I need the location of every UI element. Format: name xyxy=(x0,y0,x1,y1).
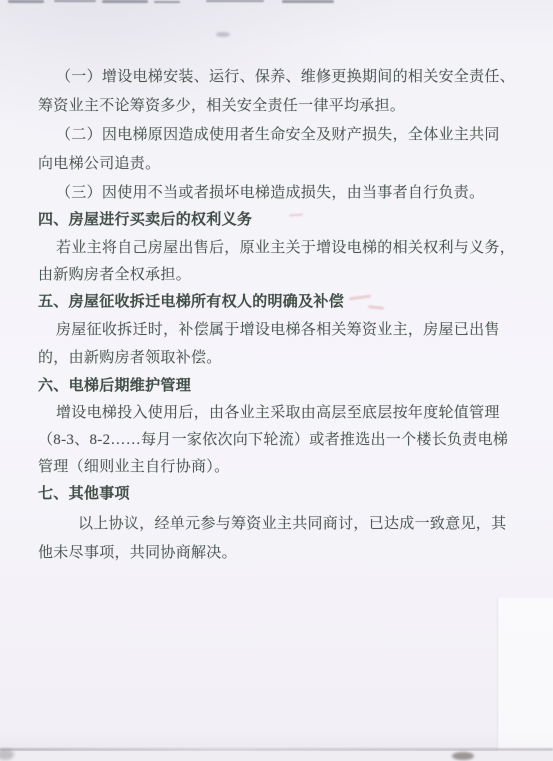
text-line: （三）因使用不当或者损坏电梯造成损失，由当事者自行负责。 xyxy=(56,184,484,203)
section-heading: 六、电梯后期维护管理 xyxy=(38,377,191,396)
text-line: （8-3、8-2……每月一家依次向下轮流）或者推选出一个楼长负责电梯 xyxy=(38,431,508,450)
text-line: 筹资业主不论筹资多少，相关安全责任一律平均承担。 xyxy=(38,97,405,116)
text-line: 增设电梯投入使用后，由各业主采取由高层至底层按年度轮值管理 xyxy=(56,404,500,423)
text-line: （一）增设电梯安装、运行、保养、维修更换期间的相关安全责任、 xyxy=(56,68,515,87)
text-line: 由新购房者全权承担。 xyxy=(38,266,191,285)
text-line: 管理（细则业主自行协商）。 xyxy=(38,458,229,477)
section-heading: 五、房屋征收拆迁电梯所有权人的明确及补偿 xyxy=(38,293,344,312)
text-line: （二）因电梯原因造成使用者生命安全及财产损失，全体业主共同 xyxy=(56,126,500,145)
section-heading: 七、其他事项 xyxy=(38,485,130,504)
text-line: 若业主将自己房屋出售后，原业主关于增设电梯的相关权利与义务， xyxy=(56,239,515,258)
section-heading: 四、房屋进行买卖后的权利义务 xyxy=(38,211,252,230)
document-text: （一）增设电梯安装、运行、保养、维修更换期间的相关安全责任、筹资业主不论筹资多少… xyxy=(0,0,553,761)
text-line: 他未尽事项，共同协商解决。 xyxy=(38,544,237,563)
scanned-page: （一）增设电梯安装、运行、保养、维修更换期间的相关安全责任、筹资业主不论筹资多少… xyxy=(0,0,553,761)
text-line: 以上协议，经单元参与筹资业主共同商讨，已达成一致意见，其 xyxy=(78,515,506,534)
text-line: 房屋征收拆迁时，补偿属于增设电梯各相关筹资业主，房屋已出售 xyxy=(56,321,500,340)
text-line: 的，由新购房者领取补偿。 xyxy=(38,349,222,368)
text-line: 向电梯公司追责。 xyxy=(38,155,160,174)
